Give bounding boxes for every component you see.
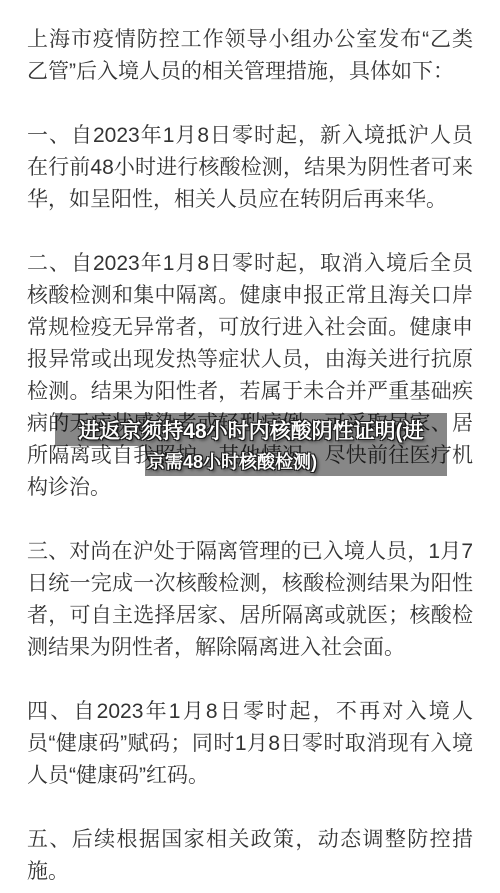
article-page: 上海市疫情防控工作领导小组办公室发布“乙类乙管”后入境人员的相关管理措施，具体如… [0, 0, 500, 888]
policy-paragraph-4: 四、自2023年1月8日零时起，不再对入境人员“健康码”赋码；同时1月8日零时取… [27, 696, 473, 792]
policy-paragraph-3: 三、对尚在沪处于隔离管理的已入境人员，1月7日统一完成一次核酸检测，核酸检测结果… [27, 536, 473, 664]
policy-paragraph-1: 一、自2023年1月8日零时起，新入境抵沪人员在行前48小时进行核酸检测，结果为… [27, 120, 473, 216]
policy-paragraph-2: 二、自2023年1月8日零时起，取消入境后全员核酸检测和集中隔离。健康申报正常且… [27, 248, 473, 504]
article-intro-paragraph: 上海市疫情防控工作领导小组办公室发布“乙类乙管”后入境人员的相关管理措施，具体如… [27, 24, 473, 88]
policy-paragraph-5: 五、后续根据国家相关政策，动态调整防控措施。 [27, 824, 473, 888]
